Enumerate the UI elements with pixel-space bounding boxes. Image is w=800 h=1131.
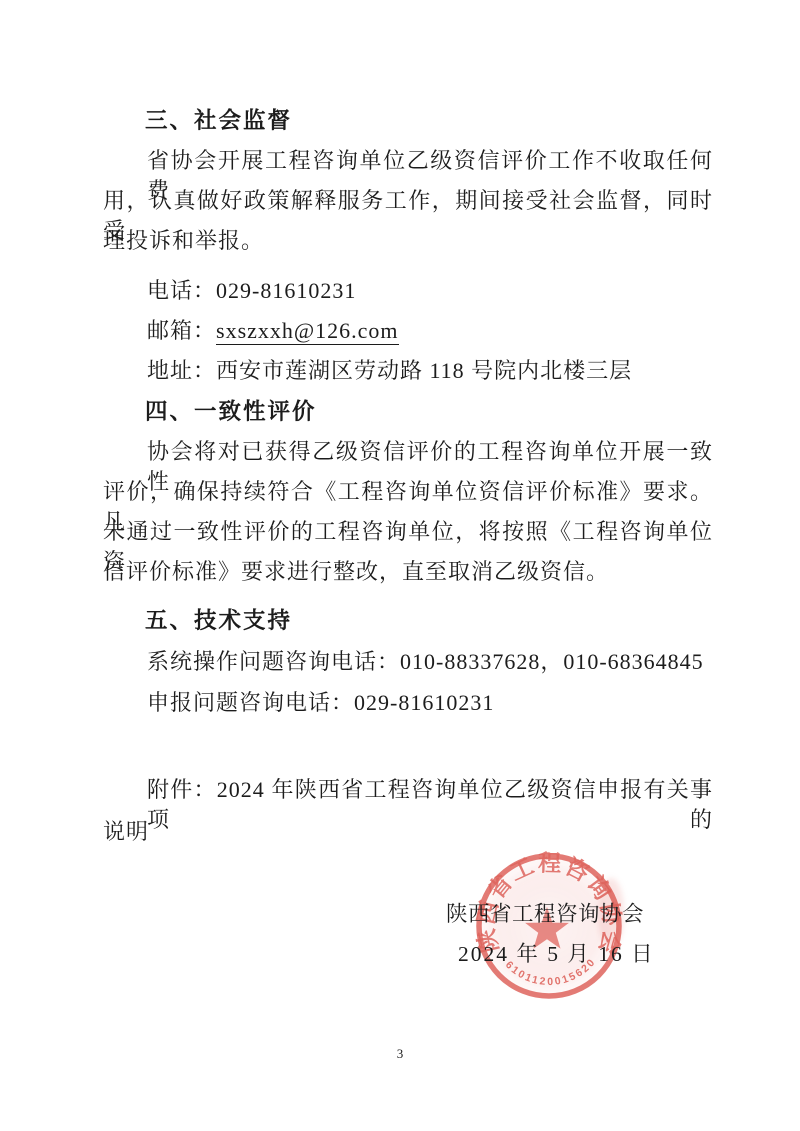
- section-heading-support: 五、技术支持: [145, 606, 292, 636]
- section-heading-consistency: 四、一致性评价: [145, 397, 317, 427]
- email-address: sxszxxh@126.com: [216, 318, 399, 345]
- signature-organization: 陕西省工程咨询协会: [446, 899, 644, 929]
- section-heading-supervision: 三、社会监督: [145, 106, 292, 136]
- paragraph-line: 理投诉和举报。: [103, 226, 264, 256]
- contact-email-line: 邮箱：sxszxxh@126.com: [147, 316, 399, 346]
- document-page: 三、社会监督 省协会开展工程咨询单位乙级资信评价工作不收取任何费 用，认真做好政…: [0, 0, 800, 1131]
- page-number: 3: [0, 1046, 800, 1062]
- email-label: 邮箱：: [147, 318, 216, 343]
- support-phone-application: 申报问题咨询电话：029-81610231: [147, 688, 494, 718]
- attachment-line: 附件：2024 年陕西省工程咨询单位乙级资信申报有关事项的: [147, 775, 713, 835]
- attachment-line: 说明: [103, 817, 149, 847]
- contact-phone: 电话：029-81610231: [147, 276, 356, 306]
- paragraph-line: 信评价标准》要求进行整改，直至取消乙级资信。: [103, 557, 609, 587]
- signature-date: 2024 年 5 月 16 日: [458, 939, 655, 969]
- support-phone-system: 系统操作问题咨询电话：010-88337628，010-68364845: [147, 647, 704, 677]
- contact-address: 地址：西安市莲湖区劳动路 118 号院内北楼三层: [147, 356, 632, 386]
